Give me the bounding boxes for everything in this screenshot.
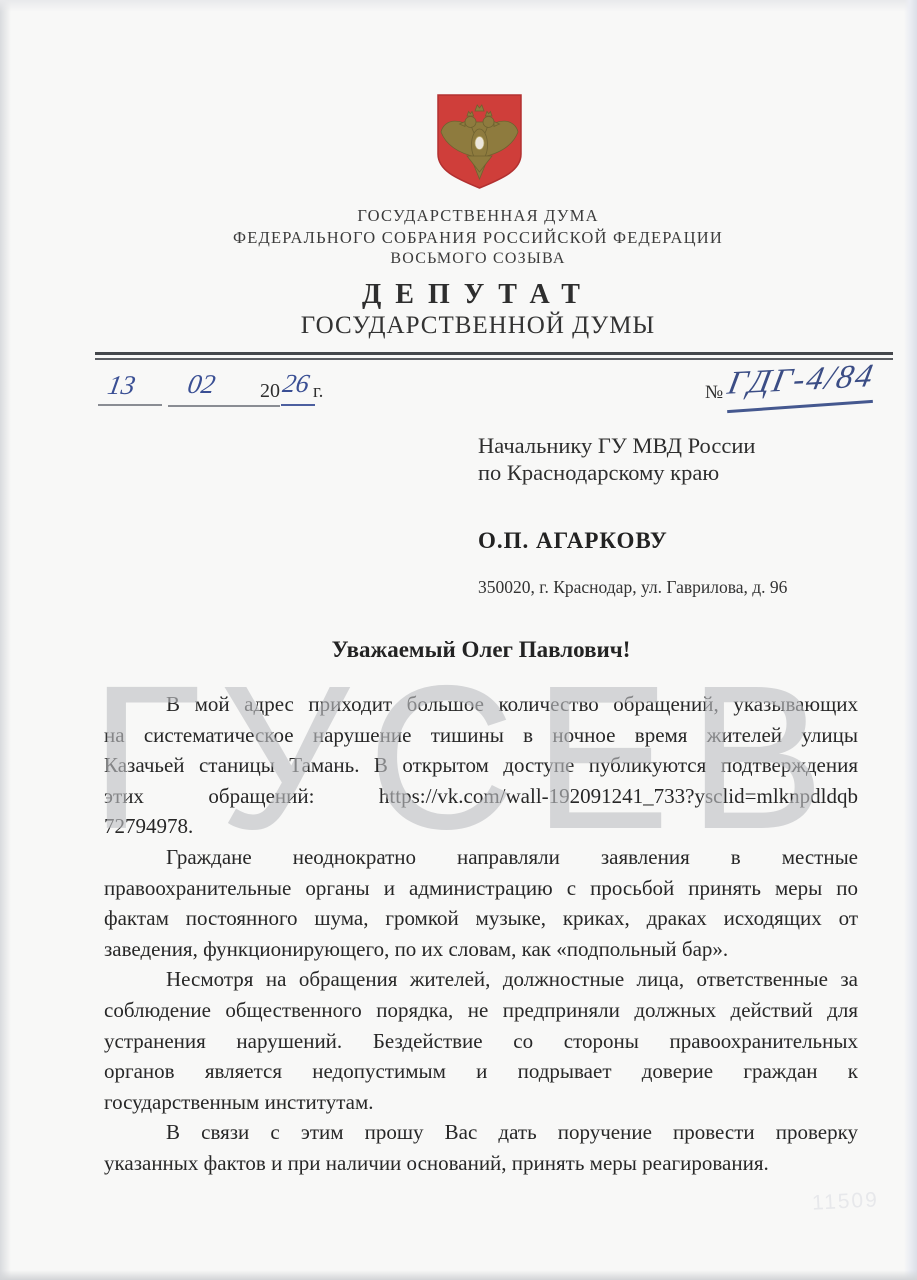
body-line: Несмотря на обращения жителей, должностн… — [104, 964, 858, 995]
date-underline-month — [168, 405, 280, 407]
org-name-line1: ГОСУДАРСТВЕННАЯ ДУМА — [60, 206, 896, 226]
letterhead-title-deputy: ДЕПУТАТ — [60, 279, 896, 311]
date-underline-year — [281, 404, 315, 406]
letterhead-rule-top — [95, 352, 893, 355]
recipient-address: 350020, г. Краснодар, ул. Гаврилова, д. … — [478, 577, 787, 598]
coat-of-arms-icon — [433, 92, 526, 192]
date-underline-day — [98, 404, 162, 406]
body-line: В мой адрес приходит большое количество … — [104, 689, 858, 720]
number-sign: № — [705, 382, 723, 404]
body-line: соблюдение общественного порядка, не пре… — [104, 995, 858, 1026]
letterhead-title-duma: ГОСУДАРСТВЕННОЙ ДУМЫ — [60, 312, 896, 340]
body-line: указанных фактов и при наличии оснований… — [104, 1148, 858, 1179]
scanned-letter-page: { "letterhead": { "emblem": "russia-coat… — [0, 0, 917, 1280]
body-line: 72794978. — [104, 811, 858, 842]
letterhead-rule-bottom — [95, 358, 893, 360]
body-line: заведения, функционирующего, по их слова… — [104, 934, 858, 965]
number-underline — [727, 400, 873, 413]
scan-edge-top — [0, 0, 917, 12]
scan-edge-bottom — [0, 1270, 917, 1280]
recipient-name: О.П. АГАРКОВУ — [478, 528, 787, 554]
body-line: на систематическое нарушение тишины в но… — [104, 720, 858, 751]
salutation: Уважаемый Олег Павлович! — [104, 637, 858, 663]
body-line: В связи с этим прошу Вас дать поручение … — [104, 1117, 858, 1148]
handwritten-date-month: 02 — [185, 369, 217, 400]
org-name-line3: ВОСЬМОГО СОЗЫВА — [60, 250, 896, 268]
handwritten-date-day: 13 — [105, 370, 137, 401]
letter-body: В мой адрес приходит большое количество … — [104, 689, 858, 1179]
body-line: Граждане неоднократно направляли заявлен… — [104, 842, 858, 873]
body-line: этих обращений: https://vk.com/wall-1920… — [104, 781, 858, 812]
body-line: государственным институтам. — [104, 1087, 858, 1118]
faint-stamp-mark: 11509 — [811, 1188, 879, 1215]
org-name-line2: ФЕДЕРАЛЬНОГО СОБРАНИЯ РОССИЙСКОЙ ФЕДЕРАЦ… — [60, 228, 896, 248]
recipient-position-line1: Начальнику ГУ МВД России — [478, 433, 787, 460]
printed-date-century: 20 — [260, 380, 280, 403]
body-line: Казачьей станицы Тамань. В открытом дост… — [104, 750, 858, 781]
scan-edge-right — [904, 0, 917, 1280]
recipient-position-line2: по Краснодарскому краю — [478, 460, 787, 487]
scan-edge-left — [0, 0, 11, 1280]
handwritten-outgoing-number: ГДГ-4/84 — [725, 358, 878, 402]
printed-date-suffix: г. — [313, 381, 323, 403]
body-line: правоохранительные органы и администраци… — [104, 873, 858, 904]
body-line: устранения нарушений. Бездействие со сто… — [104, 1026, 858, 1057]
body-line: органов является недопустимым и подрывае… — [104, 1056, 858, 1087]
recipient-block: Начальнику ГУ МВД России по Краснодарско… — [478, 433, 787, 598]
handwritten-date-year: 26 — [280, 369, 311, 399]
body-line: фактам постоянного шума, громкой музыке,… — [104, 903, 858, 934]
